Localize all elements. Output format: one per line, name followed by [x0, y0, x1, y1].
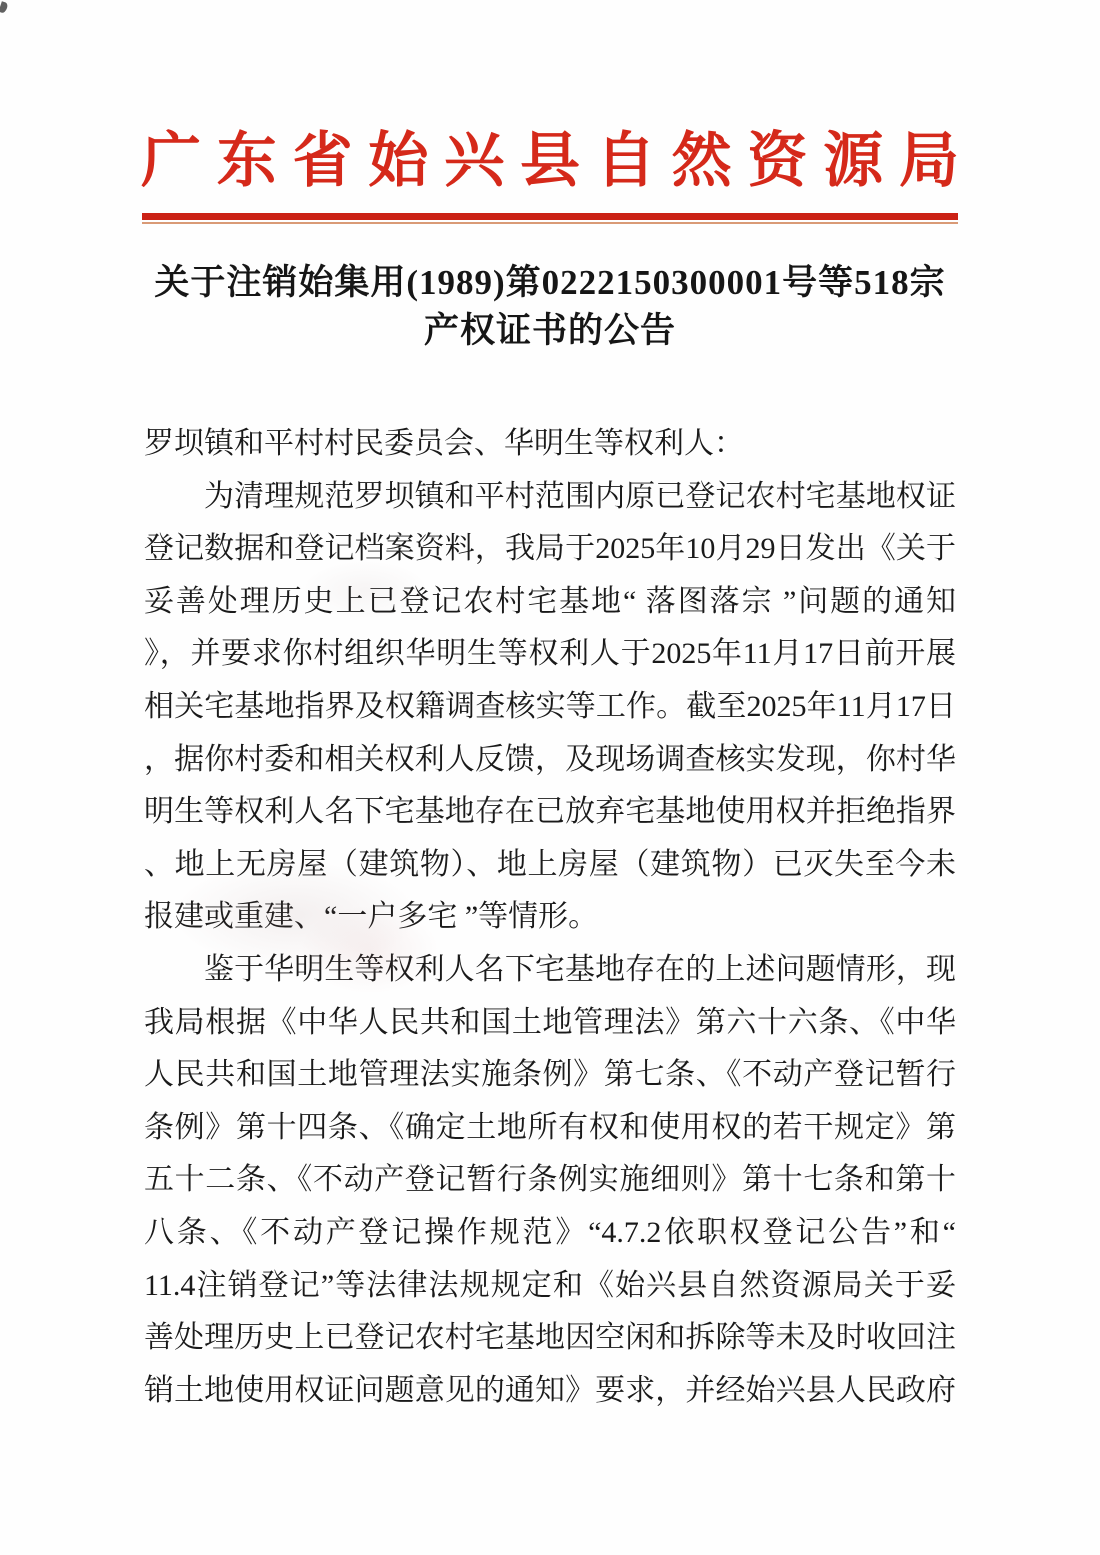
salutation-line: 罗坝镇和平村村民委员会、华明生等权利人： — [144, 418, 956, 471]
paragraph2-line: 五十二条、《不动产登记暂行条例实施细则》第十七条和第十 — [144, 1154, 956, 1207]
paragraph2-line: 八条、《不动产登记操作规范》“4.7.2依职权登记公告”和“ — [144, 1207, 956, 1260]
paragraph2-line: 条例》第十四条、《确定土地所有权和使用权的若干规定》第 — [144, 1102, 956, 1155]
announcement-title-line-2: 产权证书的公告 — [0, 307, 1100, 355]
paragraph1-line: 登记数据和登记档案资料，我局于2025年10月29日发出《关于 — [144, 523, 956, 576]
paragraph2-line: 人民共和国土地管理法实施条例》第七条、《不动产登记暂行 — [144, 1049, 956, 1102]
paragraph1-line: 明生等权利人名下宅基地存在已放弃宅基地使用权并拒绝指界 — [144, 786, 956, 839]
agency-letterhead: 广 东 省 始 兴 县 自 然 资 源 局 — [141, 122, 959, 200]
announcement-title: 关于注销始集用(1989)第0222150300001号等518宗 产权证书的公… — [0, 259, 1100, 355]
letterhead-rule-thin — [142, 222, 958, 224]
document-page: 广 东 省 始 兴 县 自 然 资 源 局 关于注销始集用(1989)第0222… — [0, 0, 1100, 1555]
paragraph1-line: 妥善处理历史上已登记农村宅基地“ 落图落宗 ”问题的通知 — [144, 576, 956, 629]
paragraph2-line: 销土地使用权证问题意见的通知》要求，并经始兴县人民政府 — [144, 1365, 956, 1418]
scan-artifact-speck — [0, 1, 9, 14]
announcement-title-line-1: 关于注销始集用(1989)第0222150300001号等518宗 — [0, 259, 1100, 307]
paragraph1-line: ，据你村委和相关权利人反馈，及现场调查核实发现，你村华 — [144, 734, 956, 787]
paragraph1-line: 》，并要求你村组织华明生等权利人于2025年11月17日前开展 — [144, 628, 956, 681]
paragraph1-line: 相关宅基地指界及权籍调查核实等工作。截至2025年11月17日 — [144, 681, 956, 734]
paragraph2-line: 我局根据《中华人民共和国土地管理法》第六十六条、《中华 — [144, 997, 956, 1050]
paragraph2-line: 善处理历史上已登记农村宅基地因空闲和拆除等未及时收回注 — [144, 1312, 956, 1365]
paragraph1-line: 报建或重建、“一户多宅 ”等情形。 — [144, 891, 956, 944]
announcement-body: 罗坝镇和平村村民委员会、华明生等权利人： 为清理规范罗坝镇和平村范围内原已登记农… — [144, 418, 956, 1417]
paragraph1-line: 为清理规范罗坝镇和平村范围内原已登记农村宅基地权证 — [144, 471, 956, 524]
paragraph2-line: 11.4注销登记”等法律法规规定和《始兴县自然资源局关于妥 — [144, 1260, 956, 1313]
letterhead-rule-thick — [142, 213, 958, 220]
paragraph2-line: 鉴于华明生等权利人名下宅基地存在的上述问题情形，现 — [144, 944, 956, 997]
paragraph1-line: 、地上无房屋（建筑物）、地上房屋（建筑物）已灭失至今未 — [144, 839, 956, 892]
